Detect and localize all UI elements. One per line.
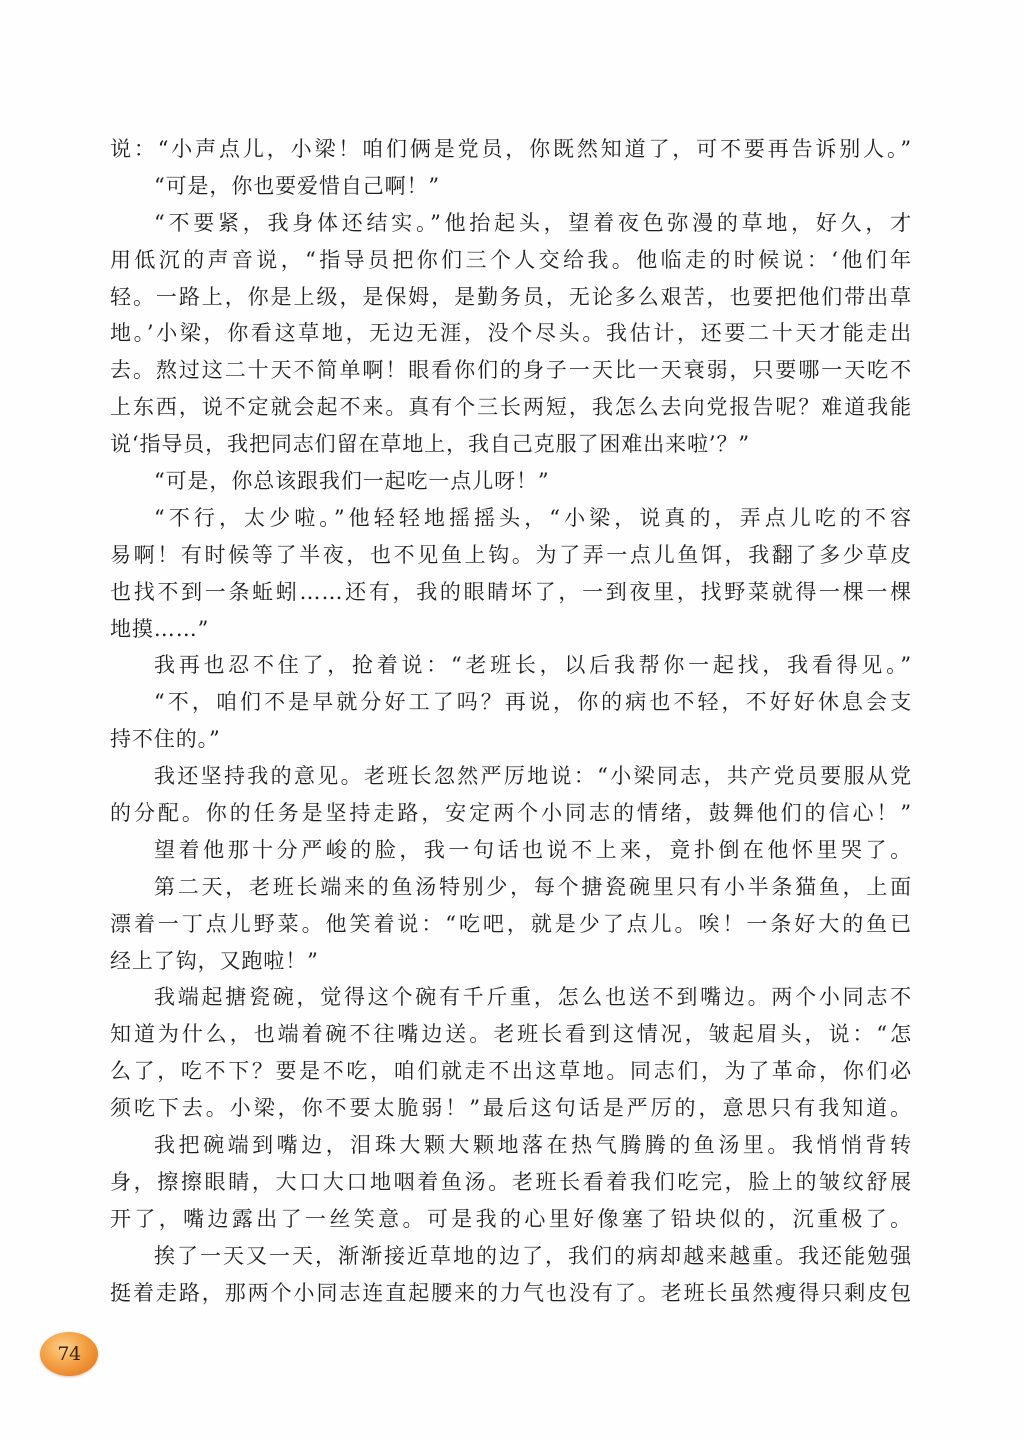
story-body-text: 说：“小声点儿，小梁！咱们俩是党员，你既然知道了，可不要再告诉别人。” “可是，… [110,131,912,1312]
text-line: 第二天，老班长端来的鱼汤特别少，每个搪瓷碗里只有小半条猫鱼，上面 [110,869,912,906]
text-line: “不要紧，我身体还结实。”他抬起头，望着夜色弥漫的草地，好久，才 [110,205,912,242]
page-number: 74 [57,1343,80,1365]
text-line: 身，擦擦眼睛，大口大口地咽着鱼汤。老班长看着我们吃完，脸上的皱纹舒展 [110,1164,912,1201]
text-line: 须吃下去。小梁，你不要太脆弱！”最后这句话是严厉的，意思只有我知道。 [110,1090,912,1127]
text-line: 挺着走路，那两个小同志连直起腰来的力气也没有了。老班长虽然瘦得只剩皮包 [110,1275,912,1312]
text-line: 望着他那十分严峻的脸，我一句话也说不上来，竟扑倒在他怀里哭了。 [110,832,912,869]
text-line: “不行，太少啦。”他轻轻地摇摇头，“小梁，说真的，弄点儿吃的不容 [110,500,912,537]
text-line: 用低沉的声音说，“指导员把你们三个人交给我。他临走的时候说：‘他们年 [110,242,912,279]
text-line: 我再也忍不住了，抢着说：“老班长，以后我帮你一起找，我看得见。” [110,647,912,684]
text-line: 持不住的。” [110,721,912,758]
text-line: 易啊！有时候等了半夜，也不见鱼上钩。为了弄一点儿鱼饵，我翻了多少草皮 [110,537,912,574]
text-line: 的分配。你的任务是坚持走路，安定两个小同志的情绪，鼓舞他们的信心！” [110,795,912,832]
text-line: 经上了钩，又跑啦！” [110,943,912,980]
text-line: 上东西，说不定就会起不来。真有个三长两短，我怎么去向党报告呢？难道我能 [110,389,912,426]
text-line: 我还坚持我的意见。老班长忽然严厉地说：“小梁同志，共产党员要服从党 [110,758,912,795]
text-line: 地。’小梁，你看这草地，无边无涯，没个尽头。我估计，还要二十天才能走出 [110,315,912,352]
text-line: “不，咱们不是早就分好工了吗？再说，你的病也不轻，不好好休息会支 [110,684,912,721]
text-line: 我端起搪瓷碗，觉得这个碗有千斤重，怎么也送不到嘴边。两个小同志不 [110,979,912,1016]
text-line: 轻。一路上，你是上级，是保姆，是勤务员，无论多么艰苦，也要把他们带出草 [110,279,912,316]
text-line: 说‘指导员，我把同志们留在草地上，我自己克服了困难出来啦’？” [110,426,912,463]
text-line: 挨了一天又一天，渐渐接近草地的边了，我们的病却越来越重。我还能勉强 [110,1238,912,1275]
text-line: 知道为什么，也端着碗不往嘴边送。老班长看到这情况，皱起眉头，说：“怎 [110,1016,912,1053]
text-line: 地摸……” [110,611,912,648]
text-line: 开了，嘴边露出了一丝笑意。可是我的心里好像塞了铅块似的，沉重极了。 [110,1201,912,1238]
page-number-badge: 74 [40,1332,98,1376]
text-line: 也找不到一条蚯蚓……还有，我的眼睛坏了，一到夜里，找野菜就得一棵一棵 [110,574,912,611]
text-line: 漂着一丁点儿野菜。他笑着说：“吃吧，就是少了点儿。唉！一条好大的鱼已 [110,906,912,943]
text-line: 说：“小声点儿，小梁！咱们俩是党员，你既然知道了，可不要再告诉别人。” [110,131,912,168]
text-line: 我把碗端到嘴边，泪珠大颗大颗地落在热气腾腾的鱼汤里。我悄悄背转 [110,1127,912,1164]
text-line: 去。熬过这二十天不简单啊！眼看你们的身子一天比一天衰弱，只要哪一天吃不 [110,352,912,389]
text-line: 么了，吃不下？要是不吃，咱们就走不出这草地。同志们，为了革命，你们必 [110,1053,912,1090]
text-line: “可是，你也要爱惜自己啊！” [110,168,912,205]
textbook-page: 说：“小声点儿，小梁！咱们俩是党员，你既然知道了，可不要再告诉别人。” “可是，… [0,0,1024,1439]
text-line: “可是，你总该跟我们一起吃一点儿呀！” [110,463,912,500]
